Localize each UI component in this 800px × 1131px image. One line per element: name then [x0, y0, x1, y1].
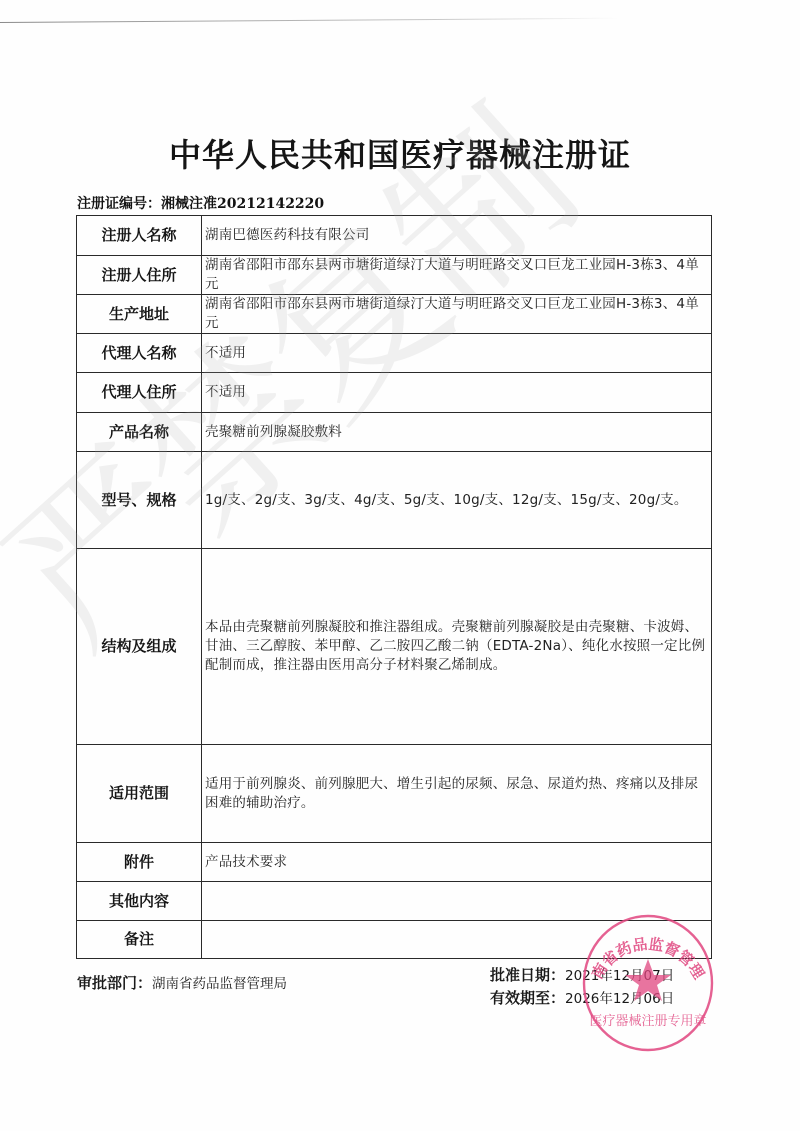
row-label: 产品名称 — [77, 413, 202, 452]
table-row: 生产地址 湖南省邵阳市邵东县两市塘街道绿汀大道与明旺路交叉口巨龙工业园H-3栋3… — [77, 295, 712, 334]
approval-authority: 审批部门：湖南省药品监督管理局 — [77, 972, 287, 993]
valid-until-label: 有效期至： — [490, 989, 565, 1007]
date-block: 批准日期：2021年12月07日 有效期至：2026年12月06日 — [490, 964, 674, 1010]
row-value: 适用于前列腺炎、前列腺肥大、增生引起的尿频、尿急、尿道灼热、疼痛以及排尿困难的辅… — [202, 745, 712, 843]
table-row: 其他内容 — [77, 882, 712, 921]
row-value: 不适用 — [202, 373, 712, 413]
certificate-table: 注册人名称 湖南巴德医药科技有限公司 注册人住所 湖南省邵阳市邵东县两市塘街道绿… — [76, 215, 712, 959]
table-row: 备注 — [77, 921, 712, 959]
table-row: 注册人名称 湖南巴德医药科技有限公司 — [77, 216, 712, 256]
row-label: 备注 — [77, 921, 202, 959]
table-row: 注册人住所 湖南省邵阳市邵东县两市塘街道绿汀大道与明旺路交叉口巨龙工业园H-3栋… — [77, 256, 712, 295]
row-value — [202, 921, 712, 959]
row-label: 代理人名称 — [77, 334, 202, 373]
row-label: 注册人住所 — [77, 256, 202, 295]
row-value: 不适用 — [202, 334, 712, 373]
row-label: 结构及组成 — [77, 549, 202, 745]
registration-number-value: 湘械注准20212142220 — [161, 196, 324, 212]
registration-number: 注册证编号：湘械注准20212142220 — [77, 193, 324, 213]
table-row: 代理人名称 不适用 — [77, 334, 712, 373]
row-label: 型号、规格 — [77, 452, 202, 549]
approval-date-label: 批准日期： — [490, 966, 565, 984]
scan-artifact-line — [0, 18, 620, 23]
registration-number-label: 注册证编号： — [77, 196, 161, 212]
approval-authority-value: 湖南省药品监督管理局 — [152, 976, 287, 992]
table-row: 代理人住所 不适用 — [77, 373, 712, 413]
approval-authority-label: 审批部门： — [77, 974, 152, 992]
row-value: 产品技术要求 — [202, 843, 712, 882]
table-row: 适用范围 适用于前列腺炎、前列腺肥大、增生引起的尿频、尿急、尿道灼热、疼痛以及排… — [77, 745, 712, 843]
row-value: 湖南巴德医药科技有限公司 — [202, 216, 712, 256]
row-value: 湖南省邵阳市邵东县两市塘街道绿汀大道与明旺路交叉口巨龙工业园H-3栋3、4单元 — [202, 295, 712, 334]
row-label: 其他内容 — [77, 882, 202, 921]
valid-until-value: 2026年12月06日 — [565, 991, 674, 1007]
row-label: 代理人住所 — [77, 373, 202, 413]
row-label: 附件 — [77, 843, 202, 882]
table-row: 结构及组成 本品由壳聚糖前列腺凝胶和推注器组成。壳聚糖前列腺凝胶是由壳聚糖、卡波… — [77, 549, 712, 745]
row-label: 注册人名称 — [77, 216, 202, 256]
approval-date-value: 2021年12月07日 — [565, 968, 674, 984]
row-label: 生产地址 — [77, 295, 202, 334]
row-value: 壳聚糖前列腺凝胶敷料 — [202, 413, 712, 452]
row-label: 适用范围 — [77, 745, 202, 843]
stamp-bottom-text: 医疗器械注册专用章 — [589, 1013, 706, 1029]
approval-date: 批准日期：2021年12月07日 — [490, 964, 674, 987]
row-value: 本品由壳聚糖前列腺凝胶和推注器组成。壳聚糖前列腺凝胶是由壳聚糖、卡波姆、甘油、三… — [202, 549, 712, 745]
table-row: 附件 产品技术要求 — [77, 843, 712, 882]
row-value: 湖南省邵阳市邵东县两市塘街道绿汀大道与明旺路交叉口巨龙工业园H-3栋3、4单元 — [202, 256, 712, 295]
row-value — [202, 882, 712, 921]
table-row: 产品名称 壳聚糖前列腺凝胶敷料 — [77, 413, 712, 452]
valid-until: 有效期至：2026年12月06日 — [490, 987, 674, 1010]
row-value: 1g/支、2g/支、3g/支、4g/支、5g/支、10g/支、12g/支、15g… — [202, 452, 712, 549]
document-title: 中华人民共和国医疗器械注册证 — [0, 130, 800, 176]
table-row: 型号、规格 1g/支、2g/支、3g/支、4g/支、5g/支、10g/支、12g… — [77, 452, 712, 549]
